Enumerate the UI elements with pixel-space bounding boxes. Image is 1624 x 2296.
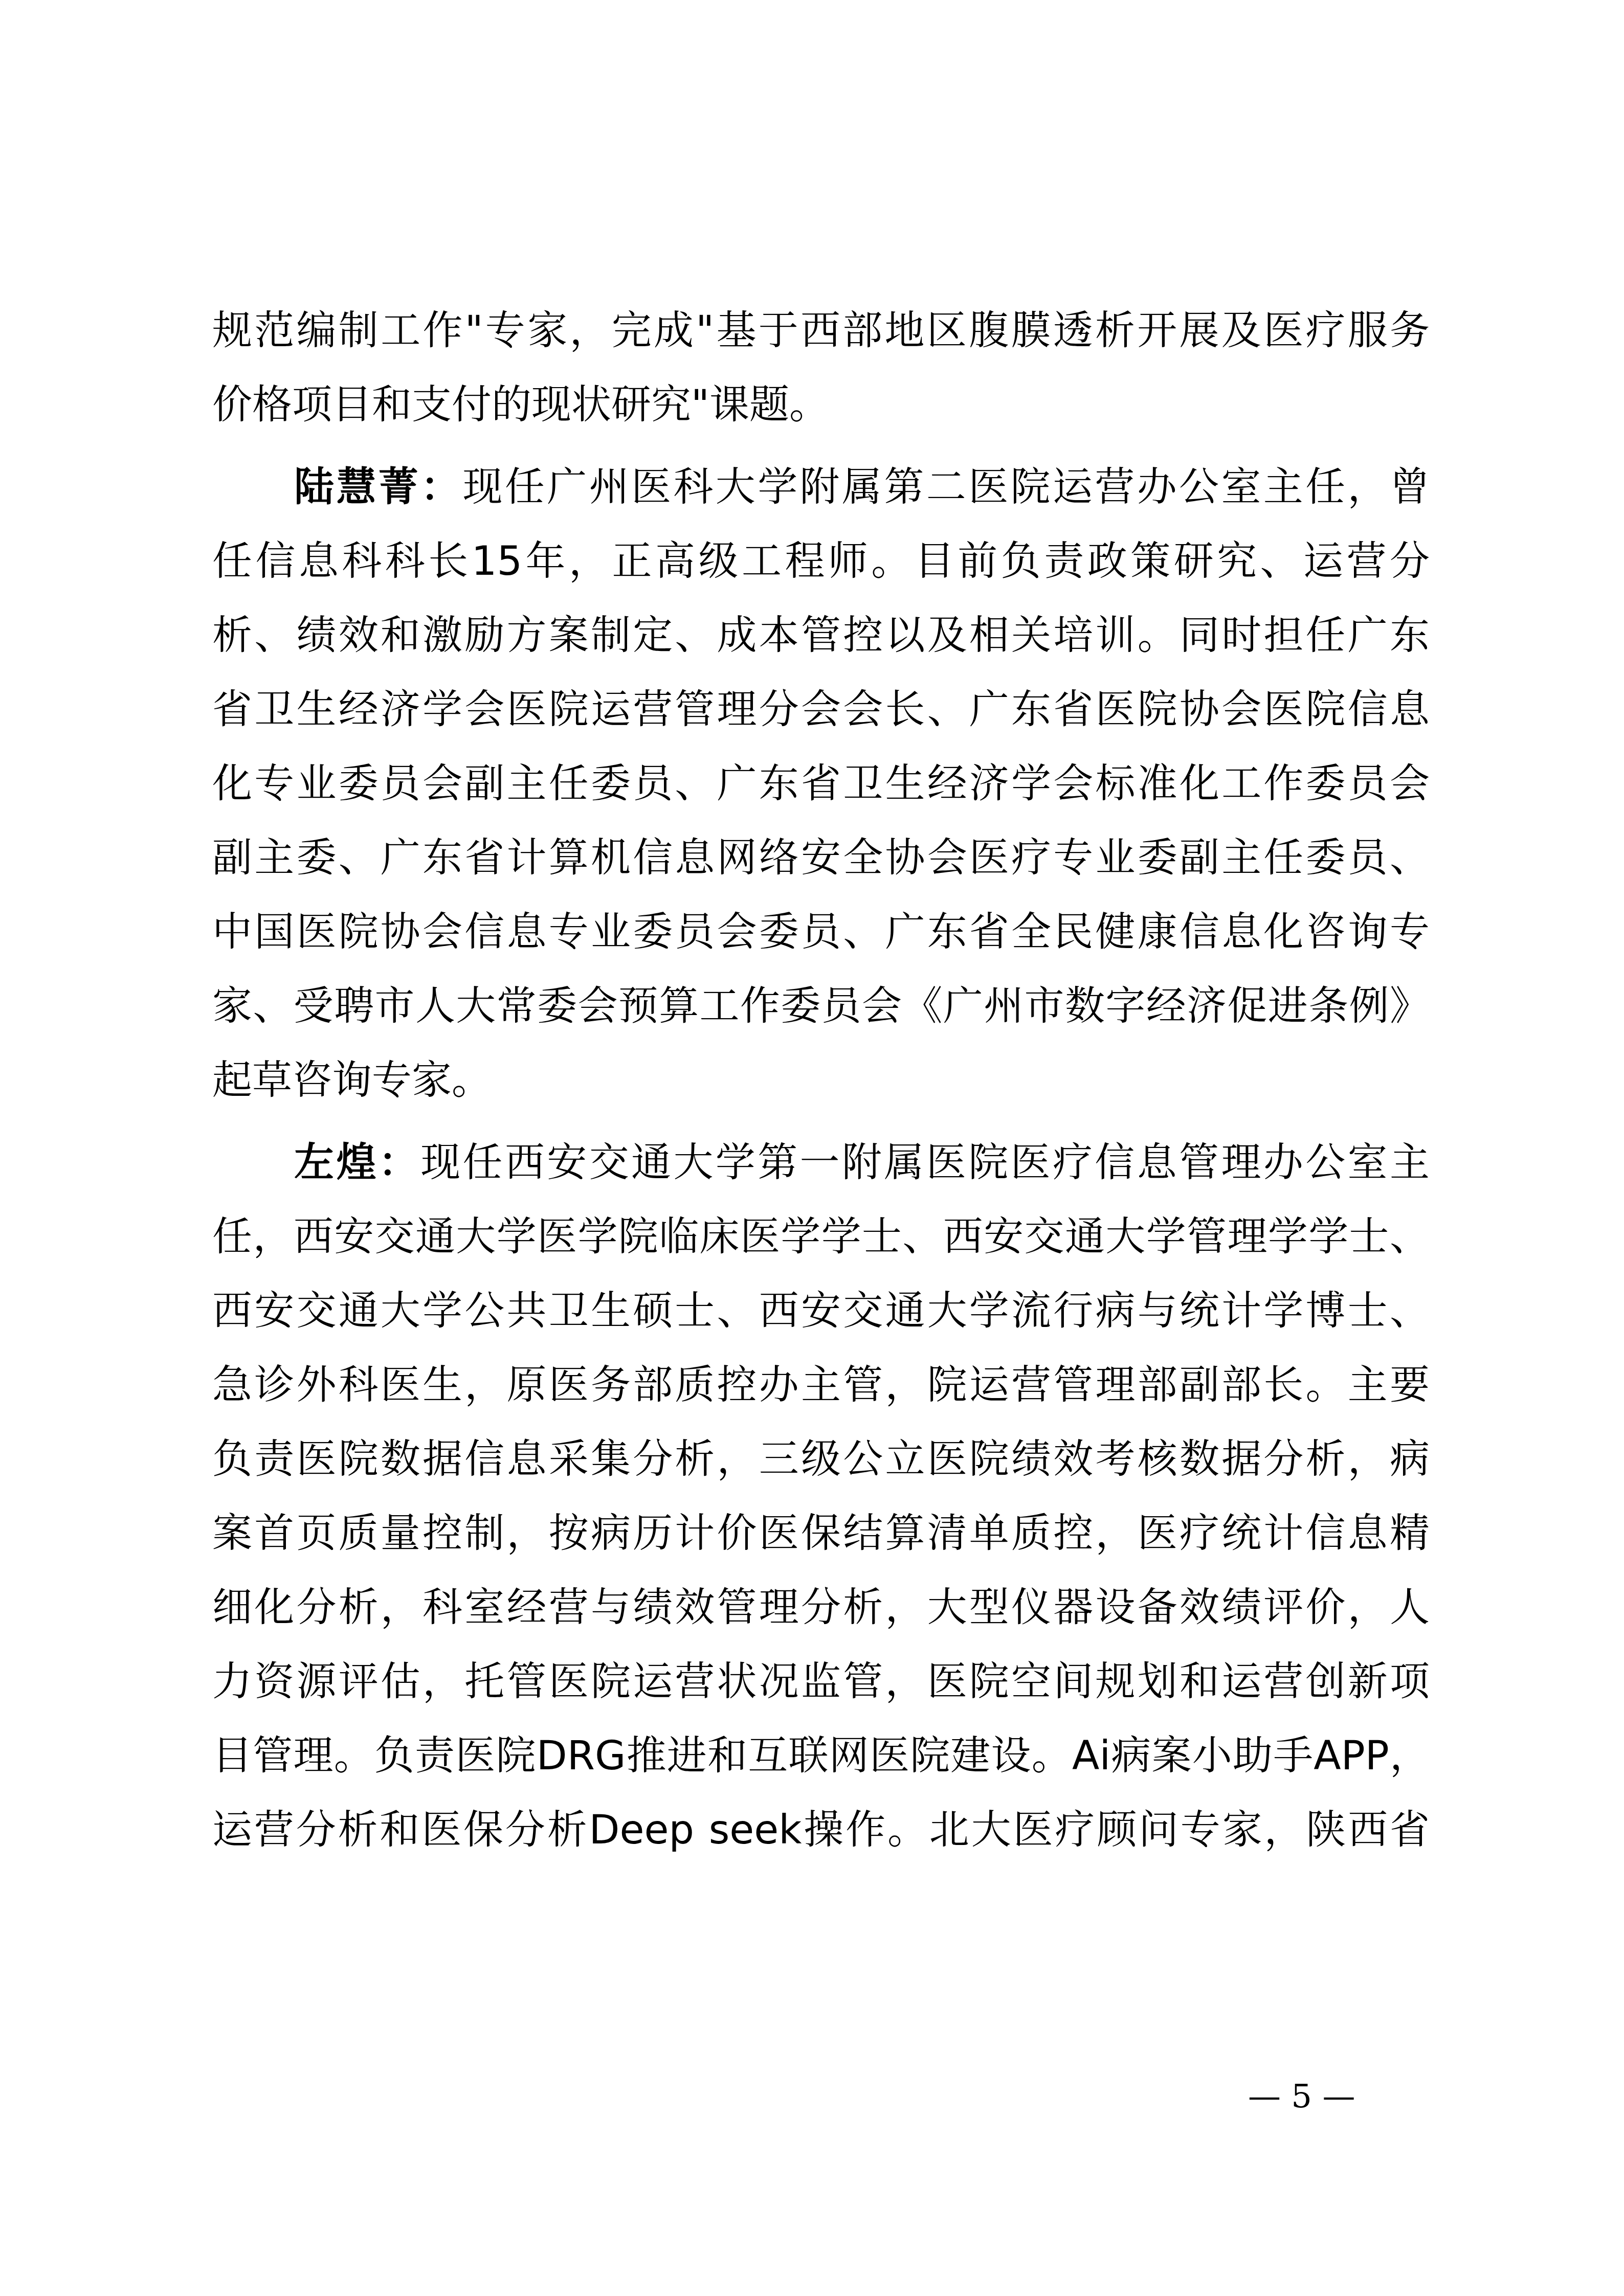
text-line: 任，西安交通大学医学院临床医学学士、西安交通大学管理学学士、 <box>212 1200 1430 1274</box>
text-line: 析、绩效和激励方案制定、成本管控以及相关培训。同时担任广东 <box>212 599 1430 673</box>
text-line: 起草咨询专家。 <box>212 1044 1430 1118</box>
document-page: 规范编制工作"专家，完成"基于西部地区腹膜透析开展及医疗服务 价格项目和支付的现… <box>0 0 1624 2296</box>
text-line: 西安交通大学公共卫生硕士、西安交通大学流行病与统计学博士、 <box>212 1274 1430 1348</box>
text-line: 陆慧菁：现任广州医科大学附属第二医院运营办公室主任，曾 <box>212 451 1430 525</box>
text-line: 目管理。负责医院DRG推进和互联网医院建设。Ai病案小助手APP， <box>212 1719 1430 1793</box>
paragraph-gap <box>212 1118 1430 1126</box>
text-line: 规范编制工作"专家，完成"基于西部地区腹膜透析开展及医疗服务 <box>212 294 1430 368</box>
text-line: 案首页质量控制，按病历计价医保结算清单质控，医疗统计信息精 <box>212 1497 1430 1571</box>
paragraph-gap <box>212 442 1430 451</box>
page-number: — 5 — <box>1248 2076 1355 2117</box>
text-line: 化专业委员会副主任委员、广东省卫生经济学会标准化工作委员会 <box>212 747 1430 821</box>
text-line: 细化分析，科室经营与绩效管理分析，大型仪器设备效绩评价，人 <box>212 1571 1430 1645</box>
body-text: 规范编制工作"专家，完成"基于西部地区腹膜透析开展及医疗服务 价格项目和支付的现… <box>212 294 1430 1867</box>
text-line: 中国医院协会信息专业委员会委员、广东省全民健康信息化咨询专 <box>212 895 1430 970</box>
person-name: 左煌： <box>294 1140 420 1186</box>
text-line: 负责医院数据信息采集分析，三级公立医院绩效考核数据分析，病 <box>212 1423 1430 1497</box>
text-line: 左煌：现任西安交通大学第一附属医院医疗信息管理办公室主 <box>212 1126 1430 1200</box>
text-line: 家、受聘市人大常委会预算工作委员会《广州市数字经济促进条例》 <box>212 970 1430 1044</box>
text-line: 副主委、广东省计算机信息网络安全协会医疗专业委副主任委员、 <box>212 821 1430 895</box>
text-line: 省卫生经济学会医院运营管理分会会长、广东省医院协会医院信息 <box>212 673 1430 747</box>
text-line: 价格项目和支付的现状研究"课题。 <box>212 368 1430 442</box>
text-line: 任信息科科长15年，正高级工程师。目前负责政策研究、运营分 <box>212 525 1430 599</box>
text-line: 力资源评估，托管医院运营状况监管，医院空间规划和运营创新项 <box>212 1645 1430 1719</box>
text-line: 运营分析和医保分析Deep seek操作。北大医疗顾问专家，陕西省 <box>212 1793 1430 1867</box>
text-span: 现任广州医科大学附属第二医院运营办公室主任，曾 <box>463 464 1430 510</box>
person-name: 陆慧菁： <box>294 464 463 510</box>
text-span: 现任西安交通大学第一附属医院医疗信息管理办公室主 <box>420 1140 1430 1186</box>
text-line: 急诊外科医生，原医务部质控办主管，院运营管理部副部长。主要 <box>212 1348 1430 1423</box>
